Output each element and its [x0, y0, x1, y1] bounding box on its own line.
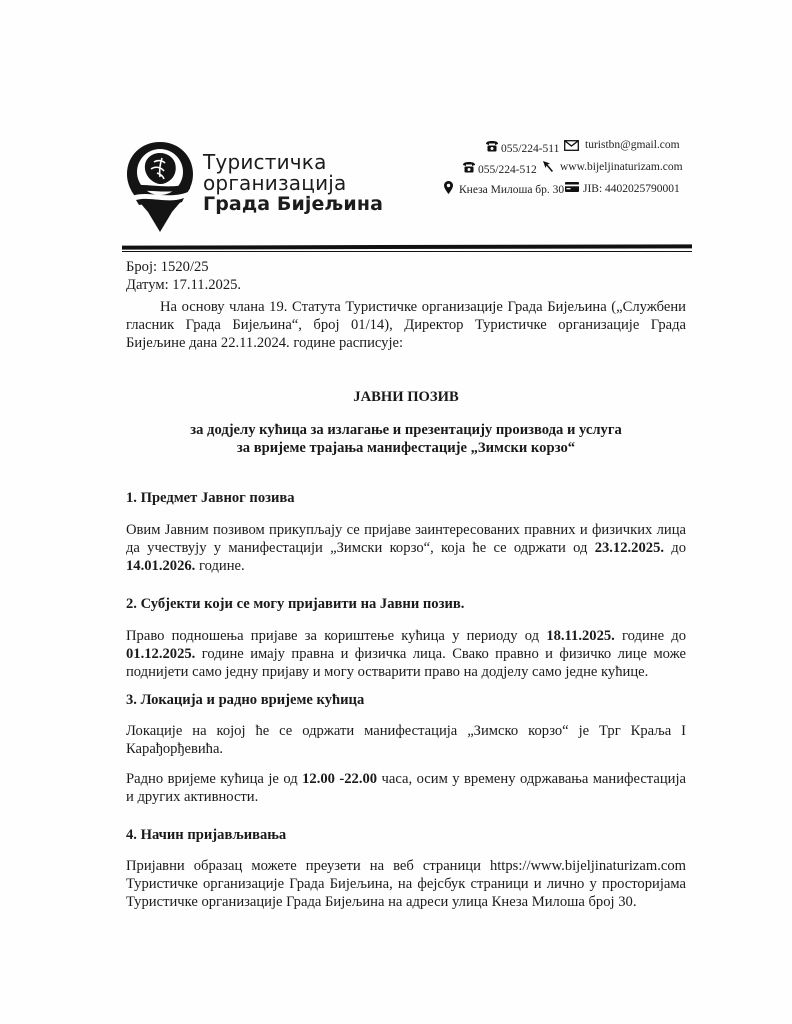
- org-name-line2: организација: [203, 173, 383, 194]
- s1-end-date: 14.01.2026.: [126, 558, 195, 574]
- section-1-paragraph: Овим Јавним позивом прикупљају се пријав…: [126, 521, 686, 575]
- subtitle-line-2: за вријеме трајања манифестације „Зимски…: [126, 439, 686, 457]
- intro-paragraph: На основу члана 19. Статута Туристичке о…: [126, 298, 686, 352]
- phone-icon: [485, 141, 499, 152]
- map-pin-rose-icon: [124, 140, 196, 234]
- section-2-paragraph: Право подношења пријаве за кориштење кућ…: [126, 627, 686, 681]
- subtitle-line-1: за додјелу кућица за излагање и презента…: [126, 421, 686, 439]
- document-meta: Број: 1520/25 Датум: 17.11.2025.: [126, 258, 686, 294]
- email-link[interactable]: turistbn@gmail.com: [585, 139, 680, 151]
- section-1-heading: 1. Предмет Јавног позива: [126, 490, 295, 507]
- document-date: Датум: 17.11.2025.: [126, 276, 686, 294]
- s3-hours: 12.00 -22.00: [302, 771, 377, 787]
- document-subtitle: за додјелу кућица за излагање и презента…: [126, 421, 686, 457]
- s2-start-date: 18.11.2025.: [546, 628, 615, 644]
- org-name-line1: Туристичка: [203, 152, 383, 173]
- contact-address: Кнеза Милоша бр. 30: [444, 181, 564, 194]
- org-name-line3: Града Бијељина: [203, 194, 383, 215]
- s1-text-b: до: [664, 540, 686, 556]
- card-icon: [565, 182, 579, 192]
- envelope-icon: [564, 140, 579, 151]
- address-text: Кнеза Милоша бр. 30: [459, 184, 564, 196]
- location-pin-icon: [444, 181, 453, 194]
- document-title: ЈАВНИ ПОЗИВ: [126, 389, 686, 406]
- header-divider-thin: [122, 251, 692, 252]
- section-2-heading: 2. Субјекти који се могу пријавити на Ја…: [126, 596, 464, 613]
- phone-1-text: 055/224-511: [501, 143, 559, 155]
- s2-text-a: Право подношења пријаве за кориштење кућ…: [126, 628, 546, 644]
- date-value: 17.11.2025.: [172, 277, 241, 293]
- phone-icon: [462, 162, 476, 173]
- number-value: 1520/25: [161, 259, 209, 275]
- number-label: Број:: [126, 259, 157, 275]
- section-4-heading: 4. Начин пријављивања: [126, 827, 286, 844]
- header-divider-thick: [122, 244, 692, 249]
- jib-text: JIB: 4402025790001: [583, 183, 680, 195]
- date-label: Датум:: [126, 277, 169, 293]
- org-name: Туристичка организација Града Бијељина: [203, 152, 383, 215]
- s2-end-date: 01.12.2025.: [126, 646, 195, 662]
- s2-text-b: године до: [615, 628, 686, 644]
- contact-email[interactable]: turistbn@gmail.com: [564, 139, 680, 151]
- document-page: Туристичка организација Града Бијељина 0…: [0, 0, 792, 1024]
- website-link[interactable]: www.bijeljinaturizam.com: [560, 161, 683, 173]
- section-4-paragraph: Пријавни образац можете преузети на веб …: [126, 857, 686, 911]
- contact-jib: JIB: 4402025790001: [565, 180, 680, 192]
- section-3-heading: 3. Локација и радно вријеме кућица: [126, 692, 364, 709]
- phone-2-text: 055/224-512: [478, 164, 537, 176]
- contact-phone-2: 055/224-512: [462, 161, 537, 173]
- document-number: Број: 1520/25: [126, 258, 686, 276]
- contact-phone-1: 055/224-511: [485, 140, 559, 152]
- contact-website[interactable]: www.bijeljinaturizam.com: [543, 161, 683, 173]
- section-3-paragraph-2: Радно вријеме кућица је од 12.00 -22.00 …: [126, 770, 686, 806]
- s1-start-date: 23.12.2025.: [595, 540, 664, 556]
- section-3-paragraph-1: Локације на којој ће се одржати манифест…: [126, 722, 686, 758]
- s2-text-c: године имају правна и физичка лица. Свак…: [126, 646, 686, 680]
- s3-text-a: Радно вријеме кућица је од: [126, 771, 302, 787]
- cursor-arrow-icon: [543, 161, 555, 173]
- s1-text-c: године.: [195, 558, 244, 574]
